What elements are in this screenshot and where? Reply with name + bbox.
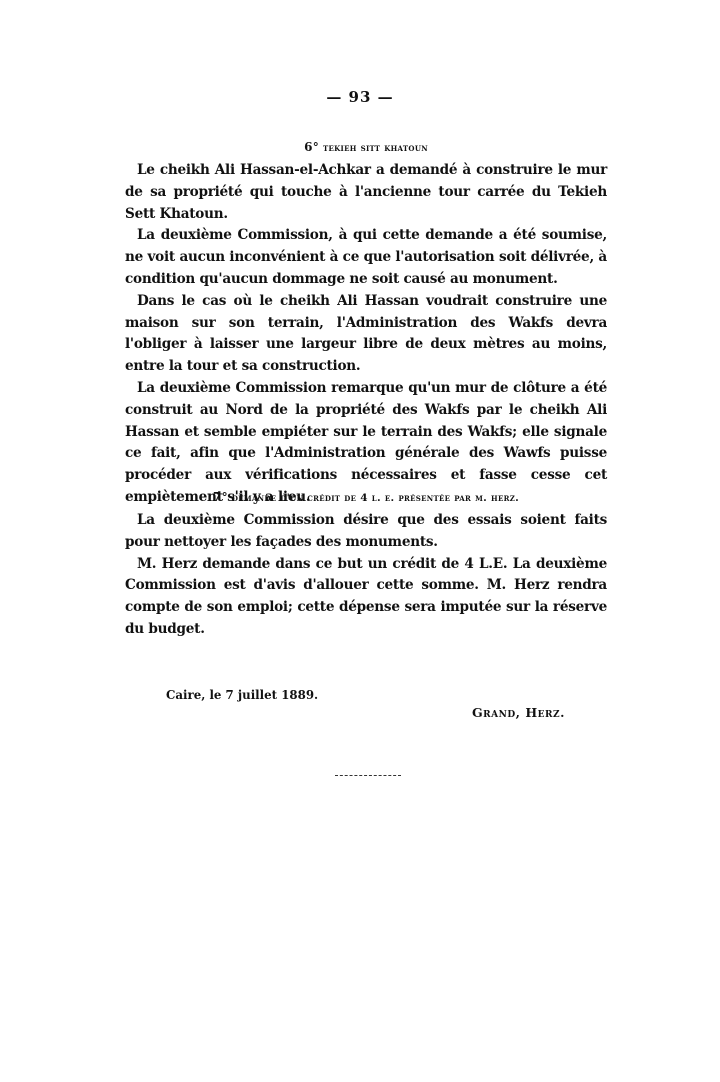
- dateline: Caire, le 7 juillet 1889.: [166, 688, 318, 702]
- section-7: 7° Demande d'un crédit de 4 L. E. présen…: [125, 490, 607, 641]
- signature: Grand, Herz.: [472, 705, 565, 720]
- section-6-title: Tekieh Sitt Khatoun: [323, 142, 428, 154]
- paragraph: Le cheikh Ali Hassan-el-Achkar a demandé…: [125, 160, 607, 225]
- page-number: — 93 —: [0, 88, 720, 106]
- section-6: 6° Tekieh Sitt Khatoun Le cheikh Ali Has…: [125, 140, 607, 509]
- paragraph: Dans le cas où le cheikh Ali Hassan voud…: [125, 291, 607, 378]
- end-rule-divider: [335, 775, 401, 776]
- paragraph: La deuxième Commission, à qui cette dema…: [125, 225, 607, 290]
- paragraph: M. Herz demande dans ce but un crédit de…: [125, 554, 607, 641]
- section-7-number: 7°: [213, 490, 228, 504]
- section-7-title: Demande d'un crédit de 4 L. E. présentée…: [232, 492, 519, 504]
- paragraph: La deuxième Commission désire que des es…: [125, 510, 607, 554]
- section-7-heading: 7° Demande d'un crédit de 4 L. E. présen…: [125, 490, 607, 504]
- section-6-heading: 6° Tekieh Sitt Khatoun: [125, 140, 607, 154]
- section-6-number: 6°: [304, 140, 319, 154]
